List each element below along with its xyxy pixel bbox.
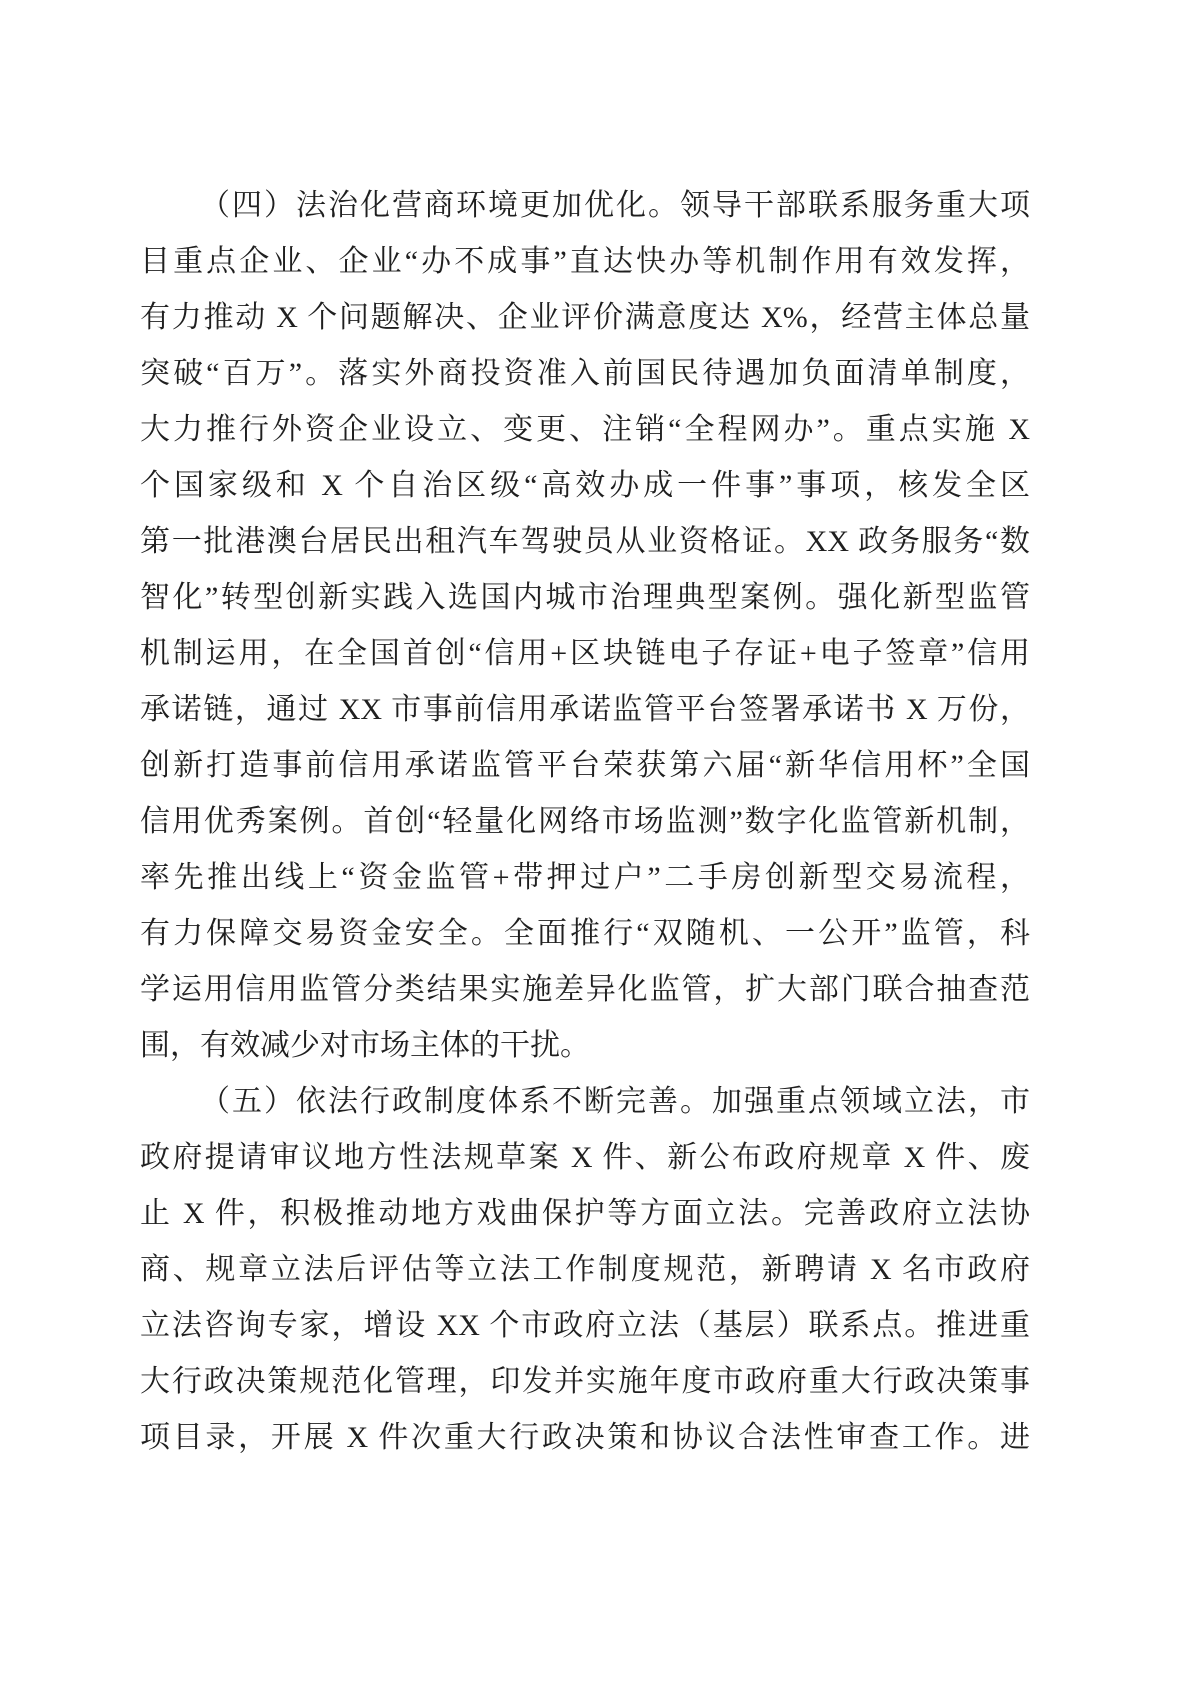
text-line: 机制运用，在全国首创“信用+区块链电子存证+电子签章”信用: [140, 626, 1030, 682]
text-line: 个国家级和 X 个自治区级“高效办成一件事”事项，核发全区: [140, 458, 1030, 514]
text-line: 项目录，开展 X 件次重大行政决策和协议合法性审查工作。进: [140, 1410, 1030, 1466]
text-line: 突破“百万”。落实外商投资准入前国民待遇加负面清单制度，: [140, 346, 1030, 402]
text-line: （四）法治化营商环境更加优化。领导干部联系服务重大项: [140, 178, 1030, 234]
text-line: 立法咨询专家，增设 XX 个市政府立法（基层）联系点。推进重: [140, 1298, 1030, 1354]
text-line: 承诺链，通过 XX 市事前信用承诺监管平台签署承诺书 X 万份，: [140, 682, 1030, 738]
text-line: （五）依法行政制度体系不断完善。加强重点领域立法，市: [140, 1074, 1030, 1130]
text-line: 有力保障交易资金安全。全面推行“双随机、一公开”监管，科: [140, 906, 1030, 962]
text-line: 创新打造事前信用承诺监管平台荣获第六届“新华信用杯”全国: [140, 738, 1030, 794]
text-line: 率先推出线上“资金监管+带押过户”二手房创新型交易流程，: [140, 850, 1030, 906]
document-text-block: （四）法治化营商环境更加优化。领导干部联系服务重大项目重点企业、企业“办不成事”…: [140, 178, 1030, 1466]
text-line: 学运用信用监管分类结果实施差异化监管，扩大部门联合抽查范: [140, 962, 1030, 1018]
text-line: 商、规章立法后评估等立法工作制度规范，新聘请 X 名市政府: [140, 1242, 1030, 1298]
text-line: 止 X 件，积极推动地方戏曲保护等方面立法。完善政府立法协: [140, 1186, 1030, 1242]
text-line: 信用优秀案例。首创“轻量化网络市场监测”数字化监管新机制，: [140, 794, 1030, 850]
text-line: 政府提请审议地方性法规草案 X 件、新公布政府规章 X 件、废: [140, 1130, 1030, 1186]
text-line: 大力推行外资企业设立、变更、注销“全程网办”。重点实施 X: [140, 402, 1030, 458]
document-page: （四）法治化营商环境更加优化。领导干部联系服务重大项目重点企业、企业“办不成事”…: [0, 0, 1190, 1683]
text-line: 有力推动 X 个问题解决、企业评价满意度达 X%，经营主体总量: [140, 290, 1030, 346]
text-line: 智化”转型创新实践入选国内城市治理典型案例。强化新型监管: [140, 570, 1030, 626]
text-line: 围，有效减少对市场主体的干扰。: [140, 1018, 1030, 1074]
text-line: 大行政决策规范化管理，印发并实施年度市政府重大行政决策事: [140, 1354, 1030, 1410]
text-line: 目重点企业、企业“办不成事”直达快办等机制作用有效发挥，: [140, 234, 1030, 290]
text-line: 第一批港澳台居民出租汽车驾驶员从业资格证。XX 政务服务“数: [140, 514, 1030, 570]
